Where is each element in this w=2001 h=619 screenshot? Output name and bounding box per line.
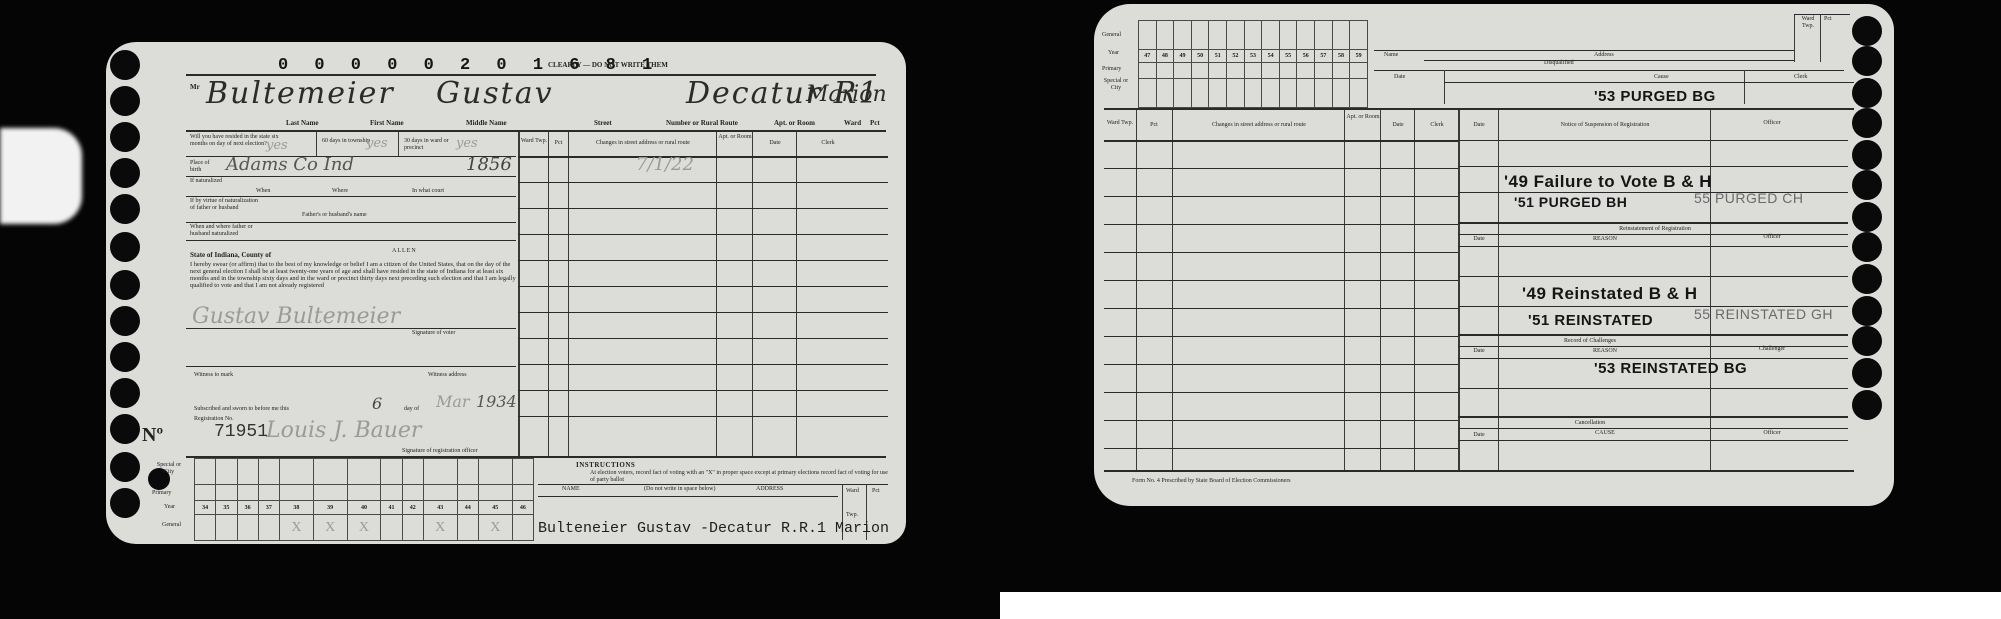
row-divider (1104, 420, 1458, 421)
voting-grid-table: 34 35 36 37 38 39 40 41 42 43 44 45 46 X (194, 458, 534, 541)
officer-signature: Louis J. Bauer (266, 418, 421, 443)
naturalized-where-label: Where (332, 188, 348, 195)
witness-address-label: Witness address (428, 372, 467, 379)
grid-cell (1244, 63, 1262, 79)
year-cell: 42 (402, 501, 423, 515)
year-cell: 49 (1174, 50, 1192, 63)
street-label: Street (594, 120, 612, 128)
year-cell: 39 (313, 501, 347, 515)
oath-county-value: ALLEN (392, 248, 417, 255)
grid-cell (313, 485, 347, 501)
row-divider (1104, 224, 1458, 225)
year-cell: 55 (1279, 50, 1297, 63)
divider (1794, 14, 1795, 62)
challenges-entry-53: '53 REINSTATED BG (1594, 360, 1747, 377)
divider (1458, 334, 1848, 336)
year-cell: 48 (1156, 50, 1174, 63)
divider (186, 328, 516, 329)
divider (398, 132, 399, 156)
col-header-date: Date (754, 140, 796, 147)
row-divider (518, 390, 888, 391)
grid-cell (1297, 78, 1315, 107)
grid-cell (423, 485, 457, 501)
grid-cell (237, 459, 258, 485)
grid-cell (457, 459, 478, 485)
grid-cell (1332, 21, 1350, 50)
rural-route-label: Number or Rural Route (666, 120, 738, 128)
divider (1458, 276, 1848, 277)
reinstatement-entry-55: 55 REINSTATED GH (1694, 306, 1833, 322)
grid-cell (1174, 78, 1192, 107)
challenges-date-header: Date (1460, 348, 1498, 355)
general-mark (457, 515, 478, 541)
grid-cell (280, 485, 314, 501)
disqualified-label: Disqualified (1544, 60, 1574, 67)
punch-hole (1852, 140, 1882, 170)
virtue-label: If by virtue of naturalization of father… (190, 198, 260, 211)
white-margin-bar (1000, 592, 2001, 619)
grid-cell (258, 459, 279, 485)
divider (1344, 110, 1345, 470)
year-cell: 50 (1191, 50, 1209, 63)
year-cell: 45 (478, 501, 512, 515)
divider (1444, 70, 1445, 104)
grid-cell (1156, 63, 1174, 79)
sworn-month: Mar (436, 392, 470, 411)
grid-cell (1332, 63, 1350, 79)
father-name-label: Father's or husband's name (302, 212, 367, 219)
grid-cell (1297, 63, 1315, 79)
reinstatement-title: Reinstatement of Registration (1460, 226, 1850, 233)
pct-label: Pct (870, 120, 880, 128)
row-divider (518, 260, 888, 261)
ward-label: Ward (844, 120, 861, 128)
reinstatement-entry-51: '51 REINSTATED (1528, 312, 1653, 329)
col-header-changes: Changes in street address or rural route (1174, 122, 1344, 129)
divider (1458, 388, 1848, 389)
punch-hole (110, 158, 140, 188)
row-divider (518, 182, 888, 183)
year-cell: 47 (1139, 50, 1157, 63)
officer-signature-label: Signature of registration officer (402, 448, 478, 455)
instructions-ward-label: Ward (846, 488, 859, 495)
general-mark (512, 515, 533, 541)
first-name-value: Gustav (436, 76, 554, 111)
father-naturalized-label: When and where father or husband natural… (190, 224, 270, 237)
grid-cell (1191, 63, 1209, 79)
grid-cell (347, 459, 381, 485)
year-row: 34 35 36 37 38 39 40 41 42 43 44 45 46 (195, 501, 534, 515)
top-clerk-label: Clerk (1794, 74, 1807, 81)
punch-hole (110, 342, 140, 372)
year-cell: 36 (237, 501, 258, 515)
top-address-label: Address (1594, 52, 1614, 59)
row-divider (518, 234, 888, 235)
title-prefix: Mr (190, 84, 200, 92)
top-pct-label: Pct (1824, 16, 1832, 23)
challenges-reason-header: REASON (1500, 348, 1710, 355)
divider (1458, 440, 1848, 441)
first-name-label: First Name (370, 120, 404, 128)
year-cell: 58 (1332, 50, 1350, 63)
divider (186, 196, 516, 197)
general-mark (381, 515, 402, 541)
divider (518, 132, 520, 456)
divider (186, 130, 886, 132)
grid-cell (1139, 63, 1157, 79)
voting-grid-table-back: 47 48 49 50 51 52 53 54 55 56 57 58 59 (1138, 20, 1368, 108)
divider (1458, 428, 1848, 429)
col-header-ward: Ward Twp. (1104, 120, 1136, 127)
grid-cell (216, 459, 237, 485)
row-divider (1104, 364, 1458, 365)
grid-cell (1350, 21, 1368, 50)
grid-cell (1227, 63, 1245, 79)
precinct-name-value: Marion (806, 82, 887, 107)
top-date-label: Date (1394, 74, 1405, 81)
grid-cell (423, 459, 457, 485)
row-divider (518, 312, 888, 313)
divider (518, 156, 888, 158)
last-name-value: Bultemeier (206, 76, 395, 111)
grid-cell (1174, 21, 1192, 50)
oath-state-label: State of Indiana, County of (190, 252, 271, 260)
grid-cell (1191, 78, 1209, 107)
general-mark: X (423, 515, 457, 541)
row-label-primary: Primary (1102, 66, 1121, 73)
grid-cell (1209, 63, 1227, 79)
cancellation-title: Cancellation (1460, 420, 1720, 427)
punch-hole (1852, 78, 1882, 108)
divider (1424, 60, 1794, 61)
typed-registrant-line: Bulteneier Gustav -Decatur R.R.1 Marion (538, 520, 889, 537)
punch-hole (1852, 326, 1882, 356)
punch-hole (110, 86, 140, 116)
divider (548, 132, 549, 456)
grid-cell (457, 485, 478, 501)
year-cell: 38 (280, 501, 314, 515)
col-header-pct: Pct (549, 140, 568, 147)
year-cell: 52 (1227, 50, 1245, 63)
divider (1744, 70, 1745, 104)
grid-cell (1262, 78, 1280, 107)
suspension-notice-header: Notice of Suspension of Registration (1500, 122, 1710, 129)
instructions-twp-label: Twp. (846, 512, 858, 519)
form-footer: Form No. 4 Prescribed by State Board of … (1132, 478, 1291, 485)
year-cell: 40 (347, 501, 381, 515)
header-instruction: CLEARLY — DO NOT WRITE THEM (548, 62, 668, 70)
reinstatement-date-header: Date (1460, 236, 1498, 243)
township-label: 60 days in township (322, 138, 372, 145)
purged-stamp-53: '53 PURGED BG (1594, 88, 1716, 105)
number-mark: Nº (142, 424, 163, 446)
divider (1458, 222, 1848, 224)
birth-year-value: 1856 (466, 154, 512, 175)
divider (1458, 166, 1848, 167)
grid-cell (1297, 21, 1315, 50)
grid-cell (237, 485, 258, 501)
row-label-special: Special or City (154, 462, 184, 475)
top-cause-label: Cause (1654, 74, 1669, 81)
col-header-apt: Apt. or Room (1346, 114, 1380, 121)
grid-cell (1350, 63, 1368, 79)
row-divider (1104, 196, 1458, 197)
grid-cell (478, 485, 512, 501)
instructions-name-label: NAME (562, 486, 580, 493)
grid-cell (280, 459, 314, 485)
punch-hole (110, 232, 140, 262)
grid-cell (478, 459, 512, 485)
general-mark: X (478, 515, 512, 541)
grid-cell (512, 459, 533, 485)
grid-cell (1209, 78, 1227, 107)
year-cell: 59 (1350, 50, 1368, 63)
grid-cell (1139, 78, 1157, 107)
grid-cell (1209, 21, 1227, 50)
suspension-entry-51: '51 PURGED BH (1514, 194, 1627, 210)
row-divider (518, 338, 888, 339)
voter-signature-label: Signature of voter (412, 330, 455, 337)
instructions-text: At election voters, record fact of votin… (590, 470, 890, 483)
grid-cell (1262, 21, 1280, 50)
change-entry-1: 7/1/22 (636, 154, 694, 175)
divider (1104, 140, 1458, 142)
punch-hole (1852, 16, 1882, 46)
punch-hole (110, 50, 140, 80)
suspension-date-header: Date (1460, 122, 1498, 129)
punch-hole (110, 452, 140, 482)
suspension-entry-49: '49 Failure to Vote B & H (1504, 172, 1712, 192)
grid-cell (1156, 21, 1174, 50)
punch-hole (110, 306, 140, 336)
grid-cell (195, 485, 216, 501)
row-label-general: General (1102, 32, 1121, 39)
punch-hole (1852, 358, 1882, 388)
row-divider (1104, 308, 1458, 309)
punch-hole (110, 488, 140, 518)
year-cell: 44 (457, 501, 478, 515)
general-mark: X (280, 515, 314, 541)
year-cell: 57 (1315, 50, 1333, 63)
apt-room-label: Apt. or Room (774, 120, 815, 128)
general-mark: X (347, 515, 381, 541)
row-label-special: Special or City (1100, 78, 1132, 91)
do-not-write-label: (Do not write in space below) (644, 486, 715, 493)
grid-cell (1174, 63, 1192, 79)
ward-residence-value: yes (456, 136, 478, 151)
row-label-primary: Primary (152, 490, 171, 497)
grid-cell (1244, 21, 1262, 50)
grid-cell (1279, 21, 1297, 50)
grid-cell (216, 485, 237, 501)
divider (1104, 470, 1854, 472)
year-cell: 43 (423, 501, 457, 515)
grid-cell (1227, 78, 1245, 107)
day-of-label: day of (404, 406, 419, 413)
reinstatement-officer-header: Officer (1712, 234, 1832, 241)
ward-residence-label: 30 days in ward or precinct (404, 138, 464, 151)
grid-cell (1191, 21, 1209, 50)
grid-cell (402, 459, 423, 485)
grid-cell (1156, 78, 1174, 107)
divider (1414, 110, 1415, 470)
birth-label: Place of birth (190, 160, 220, 173)
year-cell: 56 (1297, 50, 1315, 63)
registration-number: 71951 (214, 422, 268, 442)
sworn-label: Subscribed and sworn to before me this (194, 406, 289, 413)
grid-cell (512, 485, 533, 501)
year-row: 47 48 49 50 51 52 53 54 55 56 57 58 59 (1139, 50, 1368, 63)
divider (1458, 358, 1848, 359)
instructions-address-label: ADDRESS (756, 486, 783, 493)
naturalized-when-label: When (256, 188, 270, 195)
cancellation-date-header: Date (1460, 432, 1498, 439)
row-divider (518, 416, 888, 417)
divider (1458, 246, 1848, 247)
witness-label: Witness to mark (194, 372, 233, 379)
divider (316, 132, 317, 156)
divider (568, 132, 569, 456)
grid-cell (1139, 21, 1157, 50)
top-name-label: Name (1384, 52, 1398, 59)
general-row: X X X X X (195, 515, 534, 541)
suspension-officer-header: Officer (1712, 120, 1832, 127)
divider (186, 176, 516, 177)
punch-hole (110, 122, 140, 152)
grid-cell (381, 485, 402, 501)
punch-hole (1852, 232, 1882, 262)
row-divider (518, 208, 888, 209)
divider (1458, 416, 1848, 418)
middle-name-label: Middle Name (466, 120, 507, 128)
year-cell: 51 (1209, 50, 1227, 63)
blurred-tab-overlay (0, 128, 82, 224)
punch-hole (1852, 170, 1882, 200)
year-cell: 34 (195, 501, 216, 515)
punch-hole (1852, 46, 1882, 76)
punch-hole (1852, 108, 1882, 138)
naturalized-court-label: In what court (412, 188, 444, 195)
birth-value: Adams Co Ind (226, 154, 354, 175)
year-cell: 54 (1262, 50, 1280, 63)
grid-cell (402, 485, 423, 501)
col-header-ward: Ward Twp. (520, 138, 548, 145)
divider (1458, 140, 1848, 141)
row-divider (1104, 168, 1458, 169)
top-ward-label: Ward Twp. (1796, 16, 1820, 29)
punch-hole (110, 270, 140, 300)
grid-cell (1315, 21, 1333, 50)
divider (186, 240, 516, 241)
year-cell: 41 (381, 501, 402, 515)
row-divider (1104, 280, 1458, 281)
grid-cell (1332, 78, 1350, 107)
instructions-pct-label: Pct (872, 488, 880, 495)
divider (716, 132, 717, 456)
grid-cell (381, 459, 402, 485)
general-mark (195, 515, 216, 541)
grid-cell (1315, 63, 1333, 79)
reinstatement-entry-49: '49 Reinstated B & H (1522, 284, 1698, 304)
suspension-entry-55: 55 PURGED CH (1694, 190, 1803, 206)
general-mark (237, 515, 258, 541)
punch-hole (1852, 202, 1882, 232)
state-residence-value: yes (266, 138, 288, 153)
row-divider (1104, 448, 1458, 449)
year-cell: 35 (216, 501, 237, 515)
divider (796, 132, 797, 456)
grid-cell (1279, 78, 1297, 107)
divider (1794, 14, 1850, 15)
row-label-year: Year (1108, 50, 1119, 57)
row-divider (518, 364, 888, 365)
year-cell: 46 (512, 501, 533, 515)
sworn-day: 6 (372, 394, 382, 413)
divider (1104, 108, 1854, 110)
col-header-date: Date (1382, 122, 1414, 129)
challenges-challenger-header: Challenger (1712, 346, 1832, 353)
divider (1444, 82, 1854, 83)
sworn-year: 1934 (476, 392, 517, 411)
row-divider (518, 286, 888, 287)
grid-cell (1315, 78, 1333, 107)
general-mark (216, 515, 237, 541)
oath-text: I hereby swear (or affirm) that to the b… (190, 261, 520, 289)
col-header-clerk: Clerk (1416, 122, 1458, 129)
grid-cell (1227, 21, 1245, 50)
grid-cell (1350, 78, 1368, 107)
grid-cell (1279, 63, 1297, 79)
registration-card-front: 0 0 0 0 0 2 0 1 6 8 1 CLEARLY — DO NOT W… (106, 42, 906, 544)
row-label-year: Year (164, 504, 175, 511)
col-header-clerk: Clerk (798, 140, 858, 147)
row-divider (1104, 392, 1458, 393)
registration-card-back: General Year Primary Special or City 47 … (1094, 4, 1894, 506)
voter-signature: Gustav Bultemeier (192, 304, 400, 329)
col-header-pct: Pct (1136, 122, 1172, 129)
general-mark: X (313, 515, 347, 541)
divider (186, 366, 516, 367)
instructions-title: INSTRUCTIONS (576, 462, 635, 470)
row-label-general: General (162, 522, 181, 529)
punch-hole (1852, 296, 1882, 326)
grid-cell (347, 485, 381, 501)
cancellation-officer-header: Officer (1712, 430, 1832, 437)
grid-cell (1262, 63, 1280, 79)
general-mark (258, 515, 279, 541)
col-header-apt: Apt. or Room (718, 134, 752, 141)
grid-cell (258, 485, 279, 501)
punch-hole (1852, 390, 1882, 420)
last-name-label: Last Name (286, 120, 318, 128)
punch-hole (1852, 264, 1882, 294)
year-cell: 37 (258, 501, 279, 515)
row-divider (1104, 252, 1458, 253)
punch-hole (110, 414, 140, 444)
challenges-title: Record of Challenges (1460, 338, 1720, 345)
reinstatement-reason-header: REASON (1500, 236, 1710, 243)
divider (1820, 14, 1821, 62)
general-mark (402, 515, 423, 541)
township-value: yes (366, 136, 388, 151)
naturalized-label: If naturalized (190, 178, 230, 185)
col-header-changes: Changes in street address or rural route (570, 140, 716, 147)
divider (1172, 110, 1173, 470)
grid-cell (195, 459, 216, 485)
punch-hole (110, 194, 140, 224)
divider (538, 496, 838, 497)
divider (186, 222, 516, 223)
